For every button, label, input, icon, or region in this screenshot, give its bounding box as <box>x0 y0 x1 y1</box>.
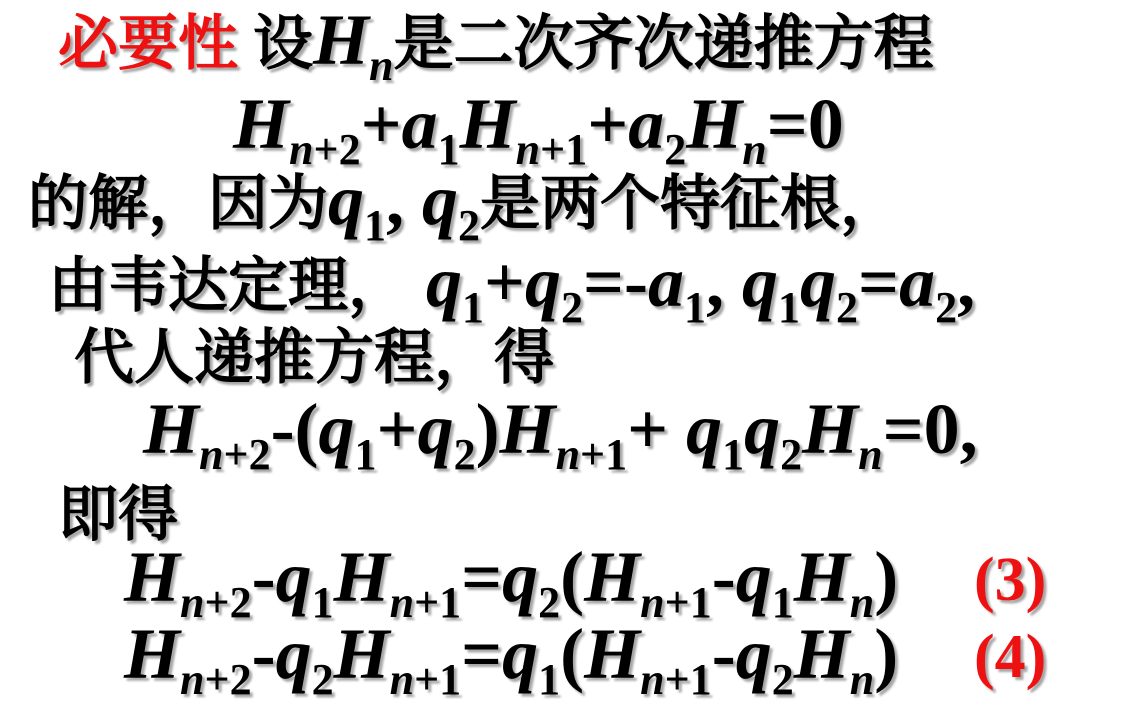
math-operator: ( <box>560 614 584 694</box>
subscript-variable: n <box>390 655 414 704</box>
math-subscript: n <box>369 41 393 90</box>
subscript-operator: + <box>205 655 230 704</box>
math-subscript: 2 <box>836 283 858 332</box>
text-run: 的解，因为 <box>28 171 328 237</box>
math-variable: a <box>402 84 438 164</box>
math-subscript: 2 <box>935 283 957 332</box>
math-variable: H <box>460 84 516 164</box>
math-subscript: 1 <box>722 430 744 479</box>
math-operator: ( <box>560 537 584 617</box>
text-run: 设 <box>238 11 313 77</box>
subscript-operator: 2 <box>249 430 271 479</box>
math-variable: H <box>794 614 850 694</box>
line-necessity-heading: 必要性 设Hn是二次齐次递推方程 <box>58 4 934 88</box>
math-operator: = <box>461 537 502 617</box>
math-operator: = <box>461 614 502 694</box>
subscript-operator: 2 <box>230 655 252 704</box>
subscript-operator: 2 <box>454 430 476 479</box>
math-variable: H <box>334 537 390 617</box>
subscript-operator: 1 <box>722 430 744 479</box>
math-variable: q <box>319 389 355 469</box>
math-variable: H <box>794 537 850 617</box>
math-operator: + <box>484 242 525 322</box>
math-variable: q <box>686 389 722 469</box>
math-subscript: 1 <box>364 201 386 250</box>
math-variable: H <box>802 389 858 469</box>
subscript-operator: 1 <box>605 430 627 479</box>
math-variable: H <box>584 614 640 694</box>
text-run: 必要性 <box>58 11 238 77</box>
subscript-operator: 1 <box>439 655 461 704</box>
math-operator: + <box>361 84 402 164</box>
math-operator: - <box>712 614 736 694</box>
math-variable: H <box>500 389 556 469</box>
subscript-variable: n <box>199 430 223 479</box>
math-operator: + <box>587 84 628 164</box>
math-operator: - <box>252 537 276 617</box>
math-subscript: n <box>850 655 874 704</box>
math-variable: H <box>124 537 180 617</box>
math-variable: q <box>502 614 538 694</box>
math-operator: =0, <box>883 389 978 469</box>
math-variable: H <box>686 84 742 164</box>
equation-number: (4) <box>974 626 1046 688</box>
subscript-operator: 1 <box>778 283 800 332</box>
math-operator: -( <box>271 389 319 469</box>
subscript-variable: n <box>640 655 664 704</box>
math-variable: q <box>502 537 538 617</box>
math-subscript: 2 <box>312 655 334 704</box>
math-variable: H <box>334 614 390 694</box>
subscript-operator: 1 <box>690 655 712 704</box>
math-variable: q <box>276 537 312 617</box>
subscript-operator: + <box>414 655 439 704</box>
math-operator: =0 <box>767 84 844 164</box>
math-variable: q <box>736 537 772 617</box>
math-variable: H <box>124 614 180 694</box>
math-operator: = <box>858 242 899 322</box>
subscript-variable: n <box>180 655 204 704</box>
math-operator: ) <box>476 389 500 469</box>
subscript-variable: n <box>858 430 882 479</box>
math-operator: ) <box>874 614 898 694</box>
math-variable: q <box>525 242 561 322</box>
subscript-operator: 1 <box>355 430 377 479</box>
math-operator: , <box>386 160 422 240</box>
math-variable: q <box>800 242 836 322</box>
math-variable: a <box>628 84 664 164</box>
math-subscript: 2 <box>780 430 802 479</box>
line-thus: 即得 <box>58 485 178 545</box>
math-variable: q <box>742 242 778 322</box>
math-operator <box>408 242 426 322</box>
subscript-operator: 1 <box>364 201 386 250</box>
subscript-operator: 2 <box>935 283 957 332</box>
subscript-operator: 2 <box>772 655 794 704</box>
line-equation-3: Hn+2-q1Hn+1=q2(Hn+1-q1Hn)(3) <box>124 541 898 625</box>
math-subscript: 2 <box>772 655 794 704</box>
math-variable: q <box>276 614 312 694</box>
math-subscript: 1 <box>684 283 706 332</box>
text-run: 是两个特征根， <box>480 171 900 237</box>
math-operator: ) <box>874 537 898 617</box>
subscript-operator: 2 <box>561 283 583 332</box>
math-variable: q <box>422 160 458 240</box>
math-operator: =- <box>583 242 648 322</box>
text-run: 是二次齐次递推方程 <box>394 11 934 77</box>
subscript-operator: 1 <box>684 283 706 332</box>
slide-canvas: 必要性 设Hn是二次齐次递推方程Hn+2+a1Hn+1+a2Hn=0的解，因为q… <box>0 0 1136 724</box>
math-subscript: 1 <box>355 430 377 479</box>
math-operator: , <box>706 242 742 322</box>
line-vieta-theorem: 由韦达定理， q1+q2=-a1, q1q2=a2, <box>48 246 975 330</box>
subscript-operator: + <box>665 655 690 704</box>
subscript-variable: n <box>369 41 393 90</box>
math-operator: , <box>957 242 975 322</box>
math-variable: H <box>584 537 640 617</box>
text-run: 代人递推方程，得 <box>74 325 554 391</box>
math-operator: - <box>252 614 276 694</box>
math-subscript: 1 <box>778 283 800 332</box>
math-operator: + <box>377 389 418 469</box>
math-subscript: n+2 <box>199 430 271 479</box>
math-variable: H <box>143 389 199 469</box>
math-operator: + <box>627 389 686 469</box>
math-subscript: 2 <box>561 283 583 332</box>
math-subscript: n+1 <box>390 655 462 704</box>
math-variable: q <box>736 614 772 694</box>
math-variable: a <box>899 242 935 322</box>
math-subscript: n <box>858 430 882 479</box>
subscript-operator: 2 <box>312 655 334 704</box>
subscript-operator: + <box>224 430 249 479</box>
math-subscript: n+2 <box>180 655 252 704</box>
math-variable: q <box>328 160 364 240</box>
subscript-variable: n <box>850 655 874 704</box>
subscript-operator: + <box>580 430 605 479</box>
math-operator: - <box>712 537 736 617</box>
math-variable: H <box>313 0 369 80</box>
line-recurrence-equation: Hn+2+a1Hn+1+a2Hn=0 <box>233 88 844 172</box>
math-variable: H <box>233 84 289 164</box>
subscript-operator: 2 <box>780 430 802 479</box>
subscript-operator: 1 <box>538 655 560 704</box>
line-substituted-equation: Hn+2-(q1+q2)Hn+1+ q1q2Hn=0, <box>143 393 978 477</box>
math-subscript: 1 <box>538 655 560 704</box>
math-variable: q <box>418 389 454 469</box>
equation-number: (3) <box>974 549 1046 611</box>
text-run: 由韦达定理， <box>48 253 408 319</box>
math-variable: q <box>744 389 780 469</box>
subscript-operator: 2 <box>836 283 858 332</box>
line-substitute-into-recurrence: 代人递推方程，得 <box>74 328 554 388</box>
math-subscript: n+1 <box>640 655 712 704</box>
math-subscript: n+1 <box>556 430 628 479</box>
math-subscript: 2 <box>454 430 476 479</box>
line-solution-characteristic-roots: 的解，因为q1, q2是两个特征根， <box>28 164 900 248</box>
subscript-variable: n <box>556 430 580 479</box>
line-equation-4: Hn+2-q2Hn+1=q1(Hn+1-q2Hn)(4) <box>124 618 898 702</box>
math-variable: q <box>426 242 462 322</box>
math-variable: a <box>648 242 684 322</box>
